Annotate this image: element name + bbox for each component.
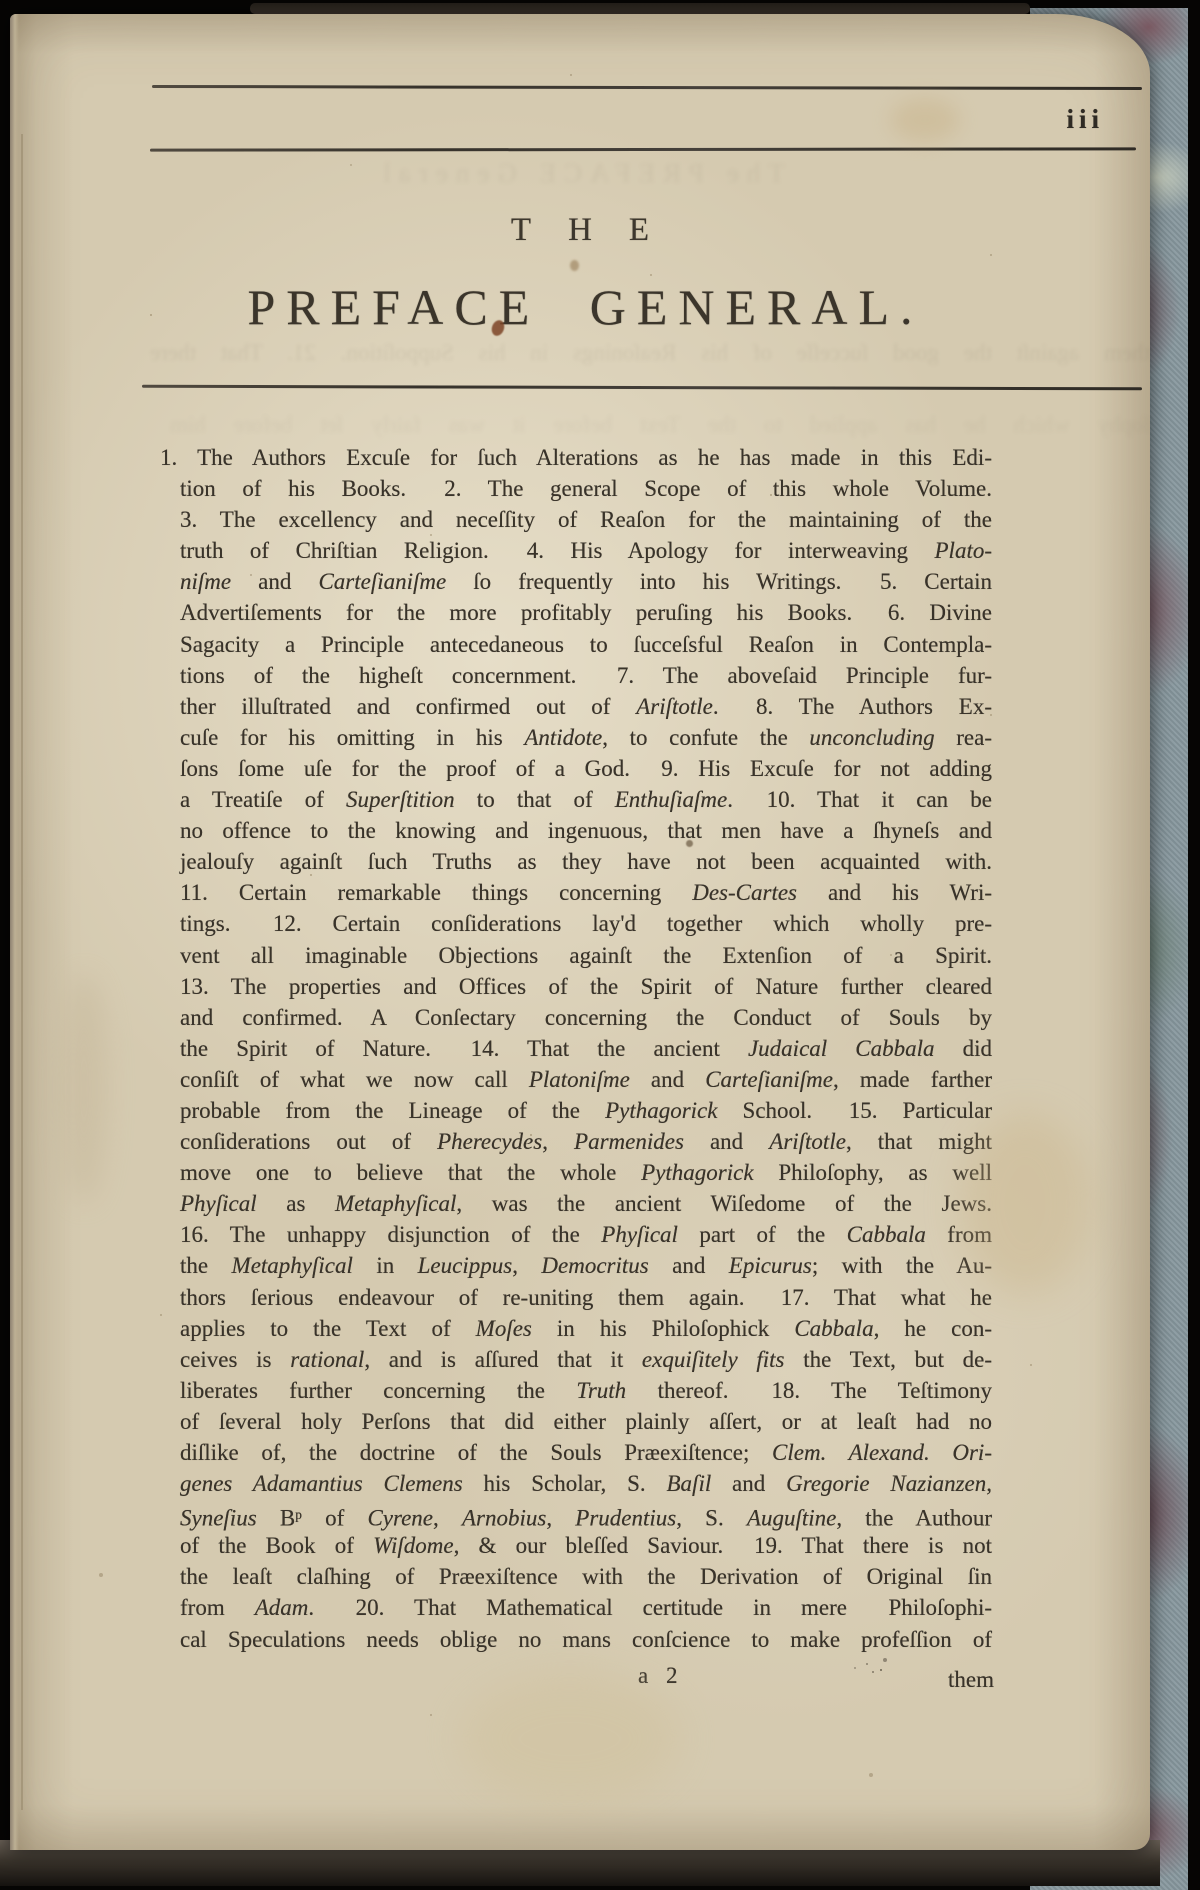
text-line: ceives is rational, and is aſſured that … — [180, 1344, 992, 1375]
scanned-book-photo: iii The PREFACE General THE PREFACE GENE… — [0, 0, 1200, 1890]
paper-specks — [10, 14, 12, 16]
text-line: Phyſical as Metaphyſical, was the ancien… — [180, 1188, 992, 1219]
text-line: the Metaphyſical in Leucippus, Democritu… — [180, 1250, 992, 1281]
text-line: tion of his Books. 2. The general Scope … — [180, 473, 992, 504]
margin-smudge — [62, 974, 106, 1204]
text-line: tings. 12. Certain conſiderations lay'd … — [180, 908, 992, 939]
ink-spot — [570, 260, 579, 271]
book-page: iii The PREFACE General THE PREFACE GENE… — [10, 14, 1150, 1850]
text-line: niſme and Carteſianiſme ſo frequently in… — [180, 566, 992, 597]
text-line: 16. The unhappy disjunction of the Phyſi… — [180, 1219, 992, 1250]
text-line: thors ſerious endeavour of re-uniting th… — [180, 1282, 992, 1313]
text-line: liberates further concerning the Truth t… — [180, 1375, 992, 1406]
show-through-text: The PREFACE General — [10, 158, 1150, 189]
text-line: probable from the Lineage of the Pythago… — [180, 1095, 992, 1126]
folio-page-number: iii — [1066, 104, 1104, 135]
board-top-edge — [250, 3, 1030, 14]
text-line: diſlike of, the doctrine of the Souls Pr… — [180, 1437, 992, 1468]
text-line: the leaſt claſhing of Præexiſtence with … — [180, 1561, 992, 1592]
text-line: Syneſius Bp of Cyrene, Arnobius, Prudent… — [180, 1499, 992, 1530]
text-line: truth of Chriſtian Religion. 4. His Apol… — [180, 535, 992, 566]
text-line: 1. The Authors Excuſe for ſuch Alteratio… — [160, 442, 992, 473]
ink-specks — [880, 1669, 882, 1671]
text-line: 3. The excellency and neceſſity of Reaſo… — [180, 504, 992, 535]
text-line: ſons ſome uſe for the proof of a God. 9.… — [180, 753, 992, 784]
text-line: jealouſy againſt ſuch Truths as they hav… — [180, 846, 992, 877]
text-line: of the Book of Wiſdome, & our bleſſed Sa… — [180, 1530, 992, 1561]
signature-mark: a 2 — [638, 1660, 683, 1691]
title-line-the: THE — [10, 212, 1150, 249]
preface-contents-summary: 1. The Authors Excuſe for ſuch Alteratio… — [180, 442, 992, 1699]
title-line-preface-general: PREFACE GENERAL. — [10, 278, 1150, 336]
text-line: genes Adamantius Clemens his Scholar, S.… — [180, 1468, 992, 1499]
text-line: from Adam. 20. That Mathematical certitu… — [180, 1592, 992, 1623]
text-line: Advertiſements for the more profitably p… — [180, 597, 992, 628]
text-line: 11. Certain remarkable things concerning… — [180, 877, 992, 908]
text-line: move one to believe that the whole Pytha… — [180, 1157, 992, 1188]
footer-row: a 2them — [180, 1655, 992, 1699]
text-line: vent all imaginable Objections againſt t… — [180, 940, 992, 971]
head-rule-top — [152, 85, 1142, 90]
title-divider-rule — [142, 385, 1142, 391]
head-rule-bottom — [150, 147, 1136, 151]
text-line: applies to the Text of Moſes in his Phil… — [180, 1313, 992, 1344]
show-through-text: ſophy which he has applied to the Text b… — [170, 412, 1150, 438]
text-line: conſiſt of what we now call Platoniſme a… — [180, 1064, 992, 1095]
show-through-text: them againſt the good ſucceſſe of his Re… — [150, 340, 1150, 366]
text-line: the Spirit of Nature. 14. That the ancie… — [180, 1033, 992, 1064]
text-line: ther illuſtrated and confirmed out of Ar… — [180, 691, 992, 722]
catchword: them — [948, 1664, 994, 1695]
text-line: a Treatiſe of Superſtition to that of En… — [180, 784, 992, 815]
text-line: conſiderations out of Pherecydes, Parmen… — [180, 1126, 992, 1157]
text-line: Sagacity a Principle antecedaneous to ſu… — [180, 629, 992, 660]
text-line: of ſeveral holy Perſons that did either … — [180, 1406, 992, 1437]
text-line: 13. The properties and Offices of the Sp… — [180, 971, 992, 1002]
text-line: no offence to the knowing and ingenuous,… — [180, 815, 992, 846]
text-line: tions of the higheſt concernment. 7. The… — [180, 660, 992, 691]
text-line: and confirmed. A Conſectary concerning t… — [180, 1002, 992, 1033]
text-line: cuſe for his omitting in his Antidote, t… — [180, 722, 992, 753]
under-page-edge-line — [21, 134, 23, 1810]
text-line: cal Speculations needs oblige no mans co… — [180, 1624, 992, 1655]
foxing-stain — [890, 98, 960, 142]
